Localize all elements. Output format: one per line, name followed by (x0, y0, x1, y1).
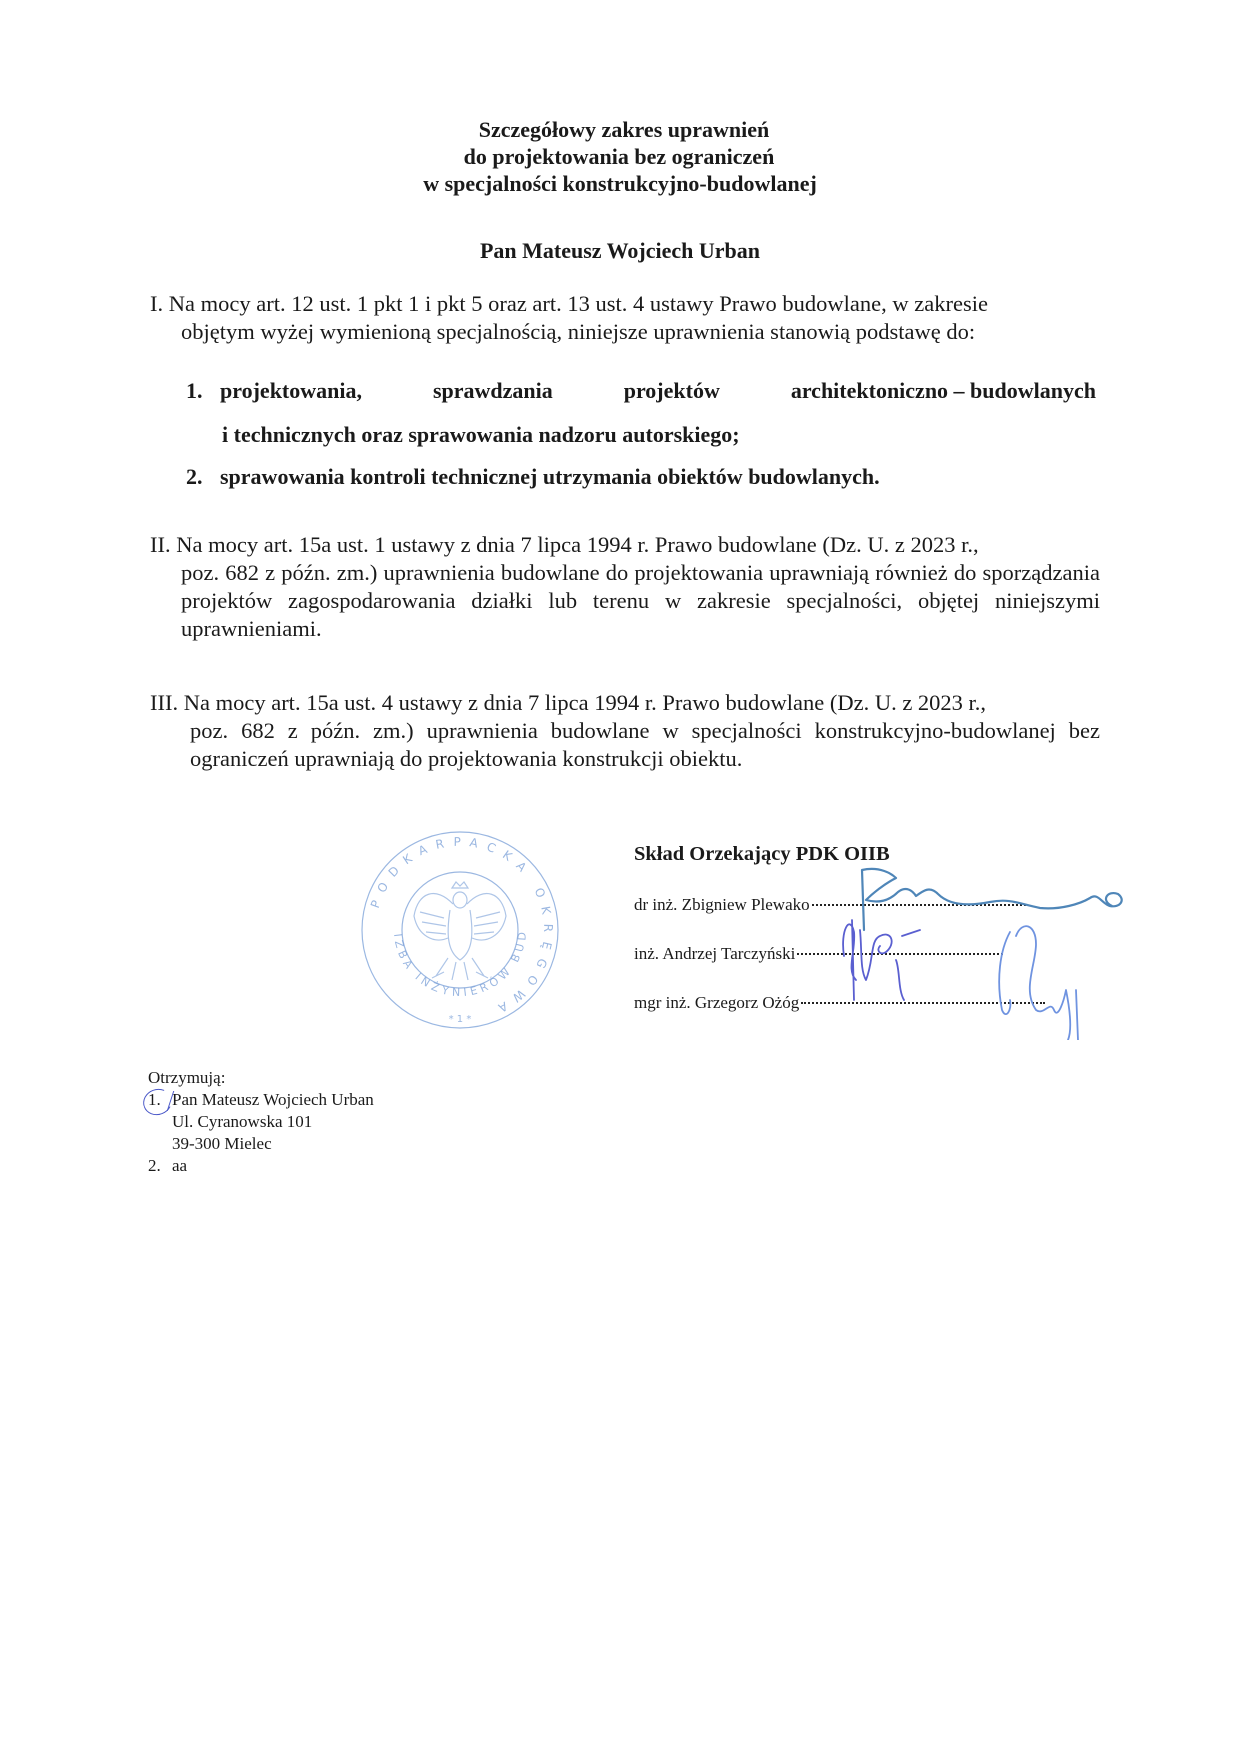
document-title: Szczegółowy zakres uprawnień do projekto… (0, 116, 1240, 197)
signature-ozog (999, 926, 1078, 1040)
section-first-line: III. Na mocy art. 15a ust. 4 ustawy z dn… (150, 689, 1100, 717)
document-page: Szczegółowy zakres uprawnień do projekto… (0, 0, 1240, 1754)
scope-word: projektów (624, 378, 720, 404)
recipient-item: 2.aa (148, 1155, 374, 1177)
adjudicating-panel: Skład Orzekający PDK OIIB dr inż. Zbigni… (634, 843, 1094, 866)
scope-list-item: 1.projektowania, sprawdzania projektów a… (186, 378, 1096, 448)
panel-member-row: inż. Andrzej Tarczyński (634, 944, 1003, 964)
section-numeral: II. (150, 532, 171, 557)
recipient-line: aa (172, 1156, 187, 1175)
scope-item-line: 1.projektowania, sprawdzania projektów a… (186, 378, 1096, 404)
panel-member-name: dr inż. Zbigniew Plewako (634, 895, 810, 915)
title-line: Szczegółowy zakres uprawnień (8, 116, 1240, 143)
section-continuation: objętym wyżej wymienioną specjalnością, … (150, 318, 1100, 346)
panel-member-name: mgr inż. Grzegorz Ożóg (634, 993, 799, 1013)
recipients-list: Otrzymują: 1.Pan Mateusz Wojciech Urban … (148, 1067, 374, 1177)
title-line: w specjalności konstrukcyjno-budowlanej (0, 170, 1240, 197)
scope-item-number: 2. (186, 464, 220, 490)
recipient-line: 39-300 Mielec (148, 1133, 374, 1155)
signature-line (801, 1002, 1045, 1004)
scope-item-number: 1. (186, 378, 220, 404)
recipient-number: 2. (148, 1155, 172, 1177)
section-first-line: I. Na mocy art. 12 ust. 1 pkt 1 i pkt 5 … (150, 290, 1100, 318)
section-continuation: poz. 682 z późn. zm.) uprawnienia budowl… (150, 717, 1100, 773)
section-text: Na mocy art. 12 ust. 1 pkt 1 i pkt 5 ora… (169, 291, 988, 316)
seal-bottom-mark: * 1 * (449, 1014, 472, 1025)
scope-list-item: 2.sprawowania kontroli technicznej utrzy… (186, 464, 1096, 490)
recipient-item: 1.Pan Mateusz Wojciech Urban Ul. Cyranow… (148, 1089, 374, 1155)
title-line: do projektowania bez ograniczeń (0, 143, 1240, 170)
section-text: Na mocy art. 15a ust. 1 ustawy z dnia 7 … (176, 532, 978, 557)
panel-member-row: mgr inż. Grzegorz Ożóg (634, 993, 1045, 1013)
scope-word: architektoniczno – budowlanych (791, 378, 1096, 404)
recipient-line: Pan Mateusz Wojciech Urban (172, 1090, 374, 1109)
eagle-emblem-icon (414, 882, 506, 980)
official-seal-stamp: PODKARPACKA OKRĘGOWA IZBA INŻYNIERÓW BUD… (356, 826, 564, 1034)
scope-item-text: sprawowania kontroli technicznej utrzyma… (220, 464, 880, 489)
section-iii: III. Na mocy art. 15a ust. 4 ustawy z dn… (150, 689, 1100, 773)
section-first-line: II. Na mocy art. 15a ust. 1 ustawy z dni… (150, 531, 1100, 559)
section-text: Na mocy art. 15a ust. 4 ustawy z dnia 7 … (184, 690, 986, 715)
addressee-name: Pan Mateusz Wojciech Urban (0, 238, 1240, 264)
section-continuation: poz. 682 z późn. zm.) uprawnienia budowl… (150, 559, 1100, 643)
panel-member-row: dr inż. Zbigniew Plewako (634, 895, 1026, 915)
section-numeral: I. (150, 291, 163, 316)
section-numeral: III. (150, 690, 178, 715)
panel-title: Skład Orzekający PDK OIIB (634, 843, 1094, 866)
scope-word: projektowania, (220, 378, 362, 403)
section-i: I. Na mocy art. 12 ust. 1 pkt 1 i pkt 5 … (150, 290, 1100, 346)
panel-member-name: inż. Andrzej Tarczyński (634, 944, 795, 964)
recipients-heading: Otrzymują: (148, 1067, 374, 1089)
signature-line (797, 953, 1003, 955)
scope-item-line: i technicznych oraz sprawowania nadzoru … (186, 422, 1096, 448)
signature-line (812, 904, 1026, 906)
scope-word: sprawdzania (433, 378, 553, 404)
section-ii: II. Na mocy art. 15a ust. 1 ustawy z dni… (150, 531, 1100, 643)
recipient-line: Ul. Cyranowska 101 (148, 1111, 374, 1133)
